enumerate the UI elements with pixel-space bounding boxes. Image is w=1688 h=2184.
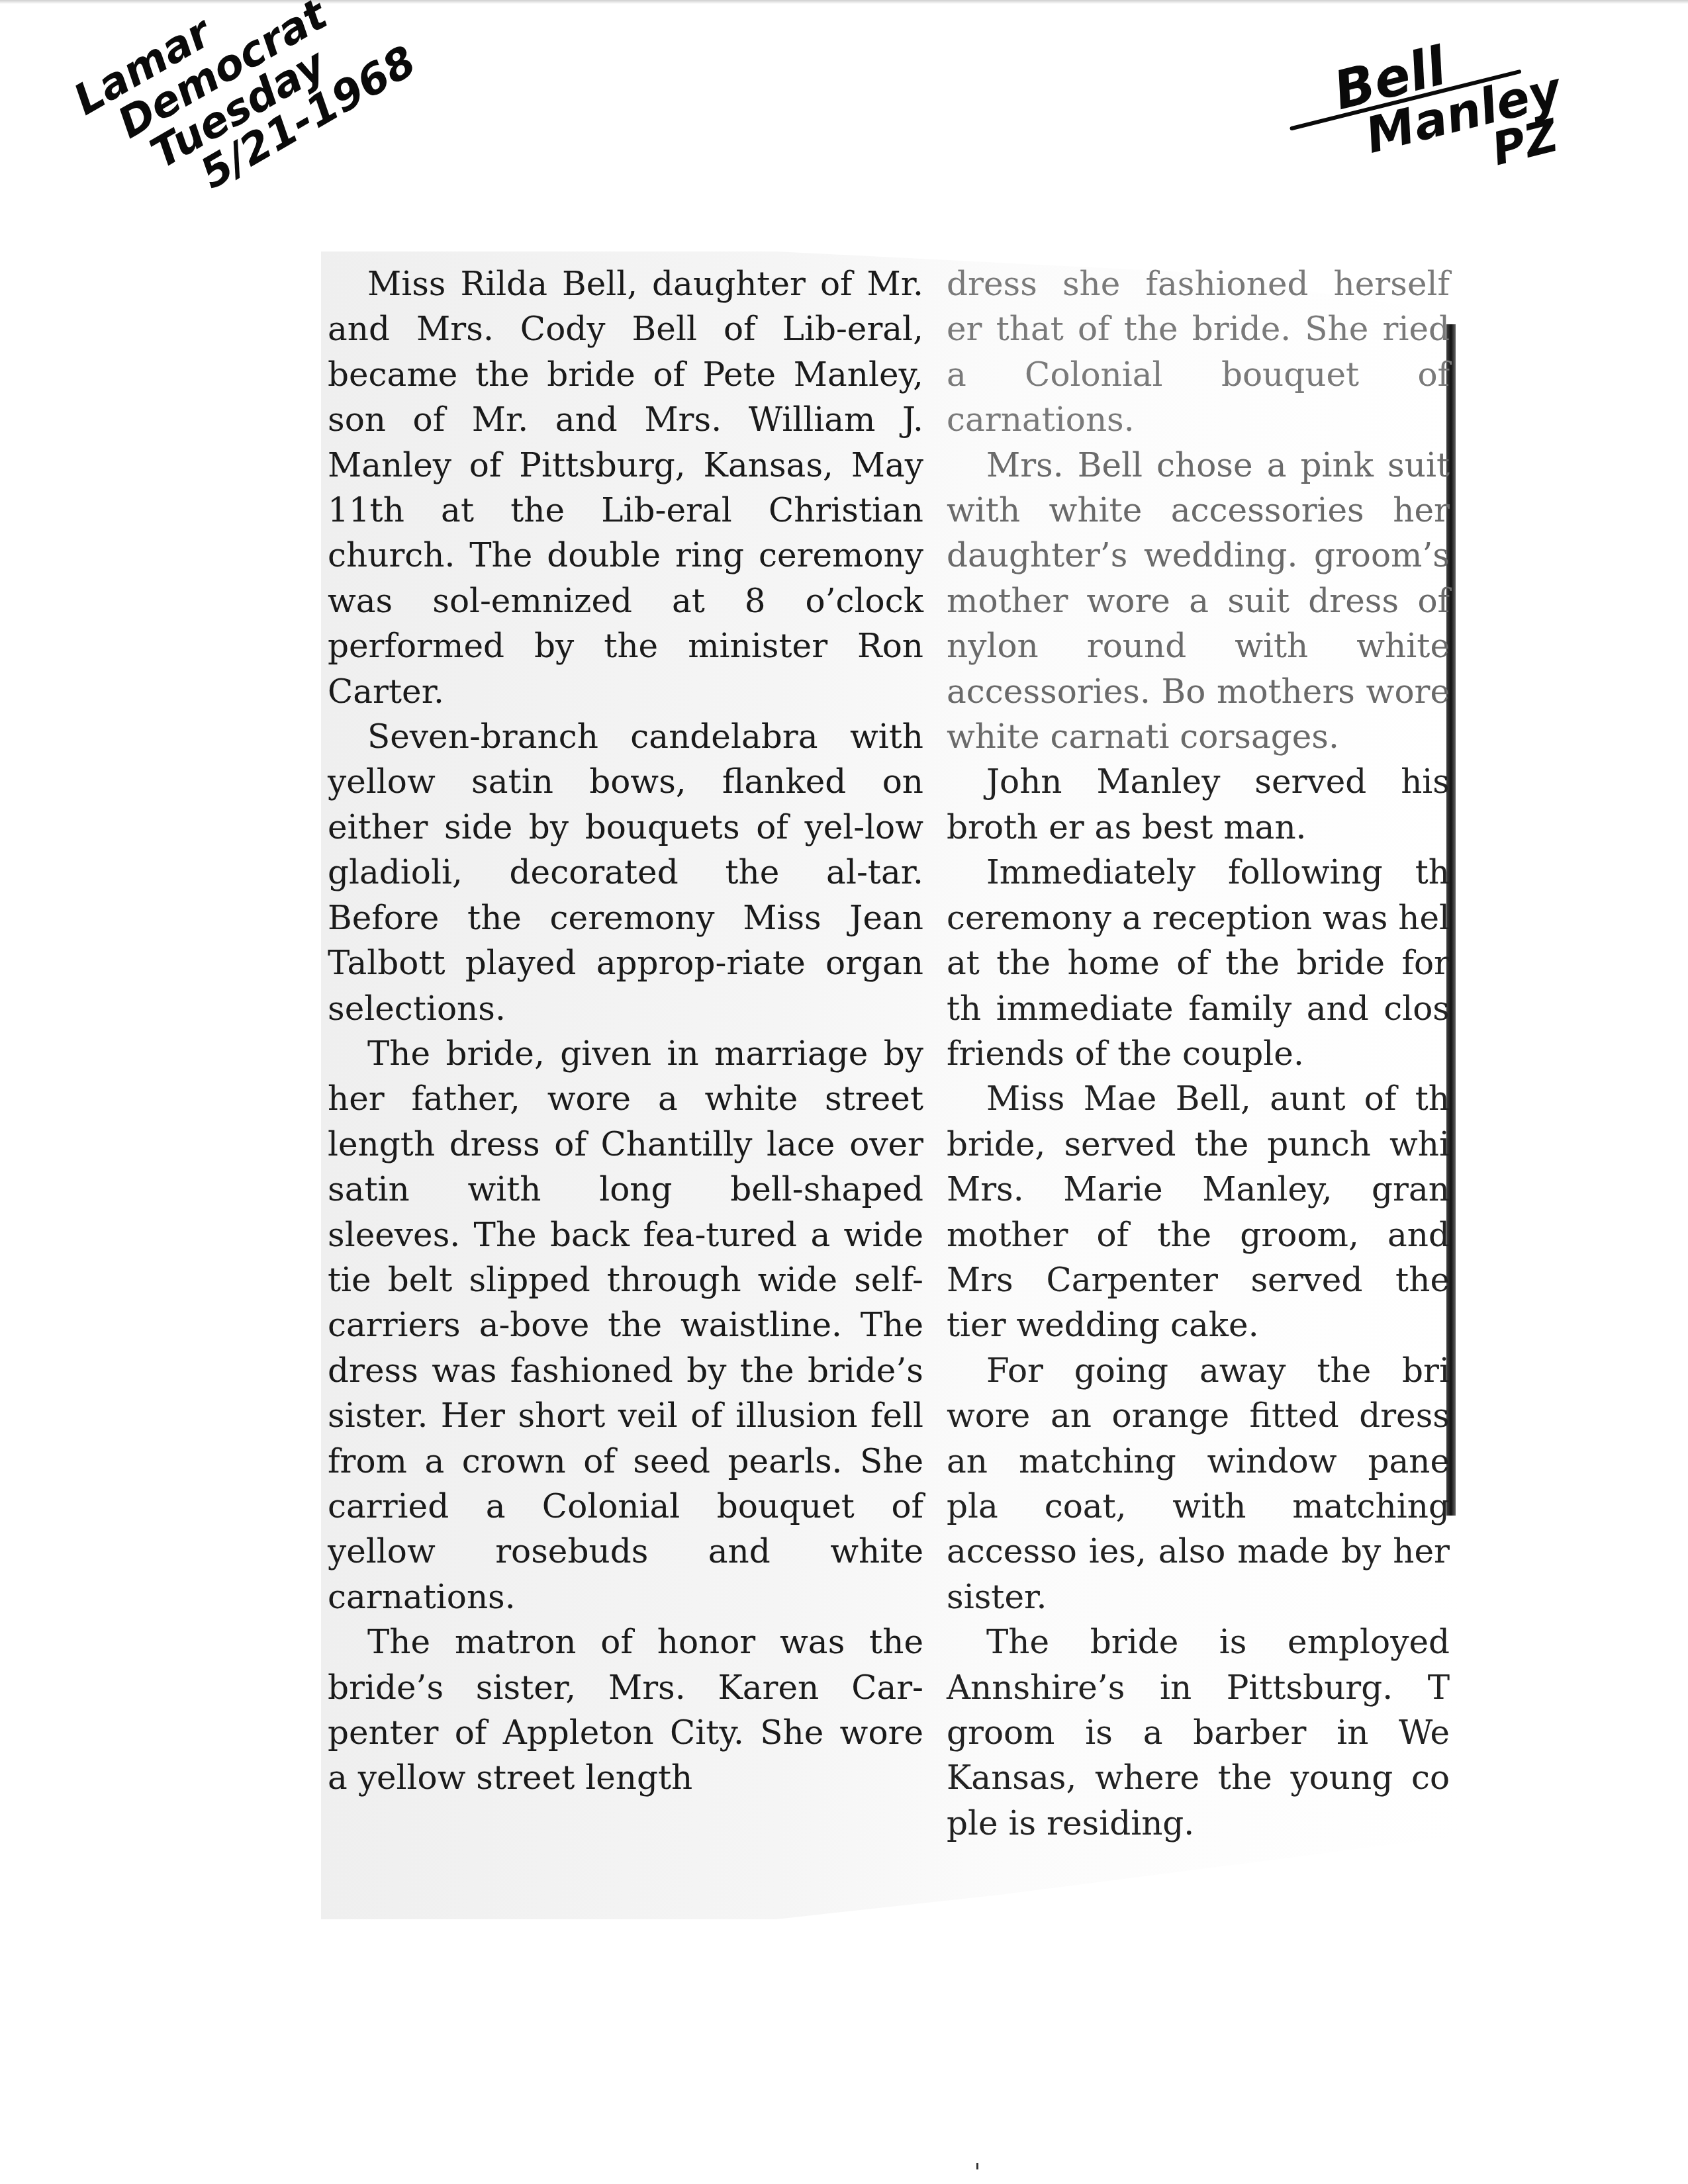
article-paragraph: Immediately following th ceremony a rece… xyxy=(947,850,1450,1076)
article-paragraph: Miss Mae Bell, aunt of th bride, served … xyxy=(947,1076,1450,1347)
article-paragraph: The bride is employed Annshire’s in Pitt… xyxy=(947,1619,1450,1846)
handwritten-surname-note: Bell Manley PZ xyxy=(1278,14,1576,220)
article-paragraph: Seven-branch candelabra with yellow sati… xyxy=(328,714,923,1031)
article-paragraph: The matron of honor was the bride’s sist… xyxy=(328,1619,923,1801)
article-paragraph: Miss Rilda Bell, daughter of Mr. and Mrs… xyxy=(328,261,923,714)
article-column-right: dress she fashioned herself er that of t… xyxy=(947,261,1450,1846)
scan-speck xyxy=(976,2163,978,2169)
article-paragraph: dress she fashioned herself er that of t… xyxy=(947,261,1450,443)
article-paragraph: For going away the bri wore an orange fi… xyxy=(947,1348,1450,1619)
article-paragraph: John Manley served his broth er as best … xyxy=(947,759,1450,850)
article-paragraph: The bride, given in marriage by her fath… xyxy=(328,1031,923,1619)
handwritten-source-note: Lamar Democrat Tuesday 5/21-1968 xyxy=(68,0,422,232)
article-column-left: Miss Rilda Bell, daughter of Mr. and Mrs… xyxy=(328,261,923,1801)
article-paragraph: Mrs. Bell chose a pink suit with white a… xyxy=(947,443,1450,760)
